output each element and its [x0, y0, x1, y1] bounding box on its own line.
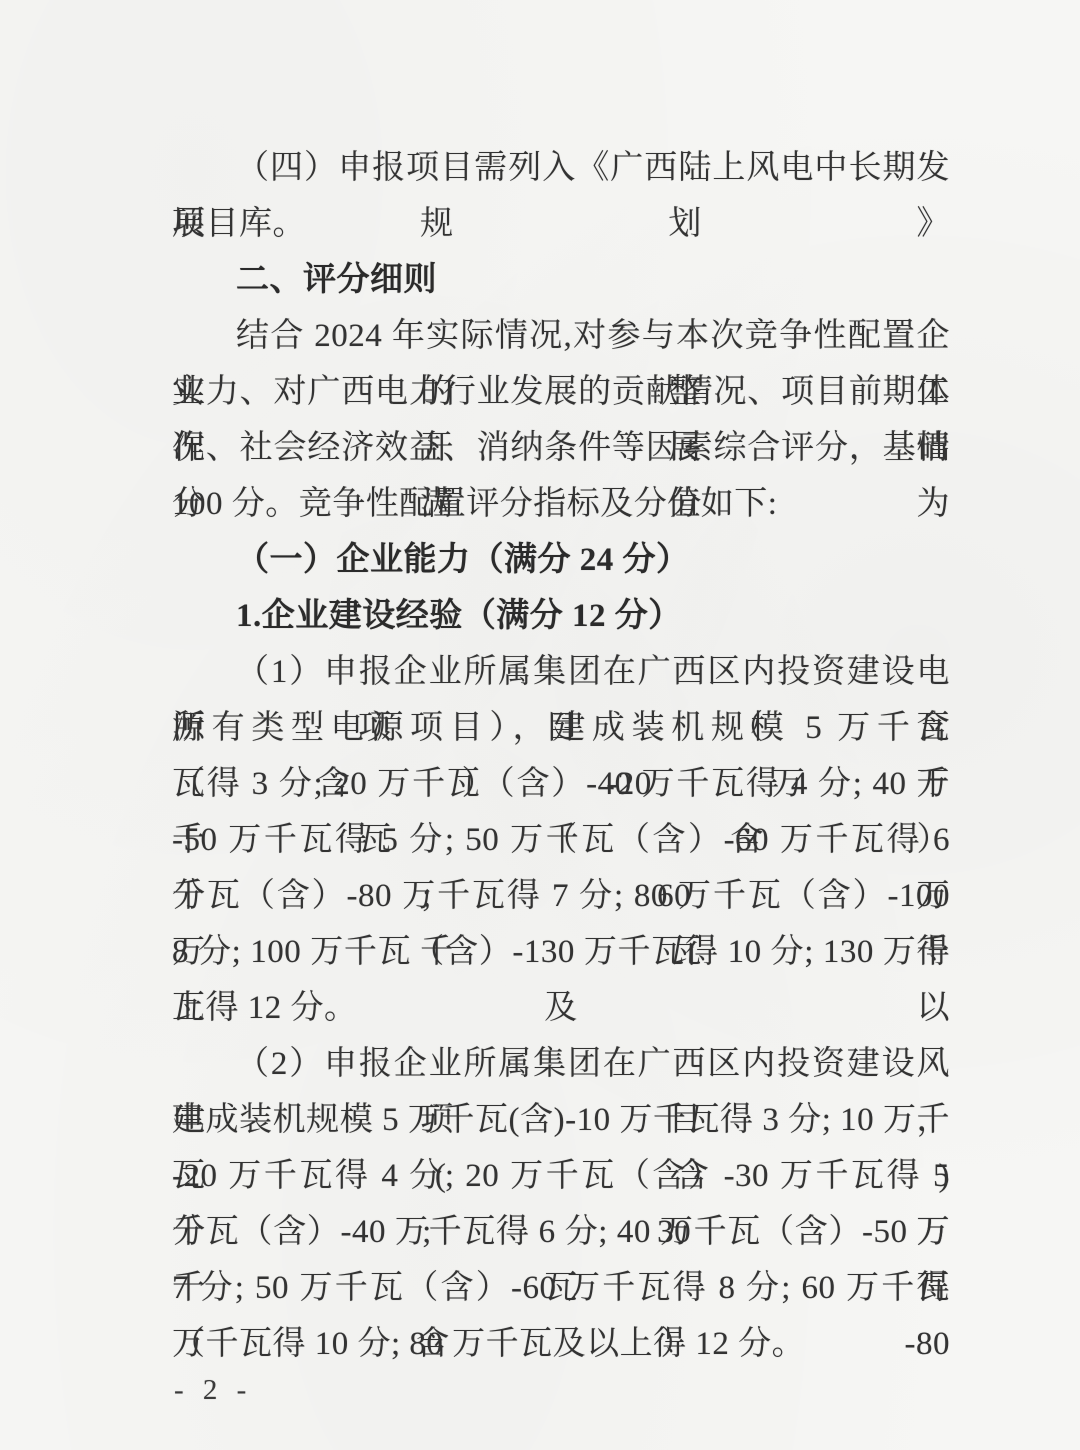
text-line: 实力、对广西电力行业发展的贡献情况、项目前期工作开展情	[172, 364, 950, 420]
section-heading: 1.企业建设经验（满分 12 分）	[172, 588, 950, 644]
text-line: （2）申报企业所属集团在广西区内投资建设风电项目，	[172, 1036, 950, 1092]
text-line: 况、社会经济效益、消纳条件等因素综合评分，基础分满分为	[172, 420, 950, 476]
document-page: （四）申报项目需列入《广西陆上风电中长期发展规划》 项目库。 二、评分细则 结合…	[172, 140, 950, 1372]
text-line: 所有类型电源项目），建成装机规模 5 万千瓦（含）-20 万千	[172, 700, 950, 756]
text-line: 7 分; 50 万千瓦（含）-60 万千瓦得 8 分; 60 万千瓦（含）-80	[172, 1260, 950, 1316]
section-heading: （一）企业能力（满分 24 分）	[172, 532, 950, 588]
text-line: （1）申报企业所属集团在广西区内投资建设电源项目（含	[172, 644, 950, 700]
text-line: 8 分; 100 万千瓦（含）-130 万千瓦得 10 分; 130 万千瓦及以	[172, 924, 950, 980]
text-line: -20 万千瓦得 4 分; 20 万千瓦（含）-30 万千瓦得 5 分; 30 …	[172, 1148, 950, 1204]
text-line: 瓦得 3 分; 20 万千瓦（含）-40 万千瓦得 4 分; 40 万千瓦（含）	[172, 756, 950, 812]
text-line: （四）申报项目需列入《广西陆上风电中长期发展规划》	[172, 140, 950, 196]
text-line: 结合 2024 年实际情况,对参与本次竞争性配置企业的整体	[172, 308, 950, 364]
text-line: 千瓦（含）-40 万千瓦得 6 分; 40 万千瓦（含）-50 万千瓦得	[172, 1204, 950, 1260]
text-line: 千瓦（含）-80 万千瓦得 7 分; 80 万千瓦（含）-100 万千瓦得	[172, 868, 950, 924]
section-heading: 二、评分细则	[172, 252, 950, 308]
text-line: -50 万千瓦得 5 分; 50 万千瓦（含）-60 万千瓦得 6 分; 60 …	[172, 812, 950, 868]
page-number: - 2 -	[174, 1366, 252, 1414]
text-line: 建成装机规模 5 万千瓦(含)-10 万千瓦得 3 分; 10 万千瓦(含)	[172, 1092, 950, 1148]
